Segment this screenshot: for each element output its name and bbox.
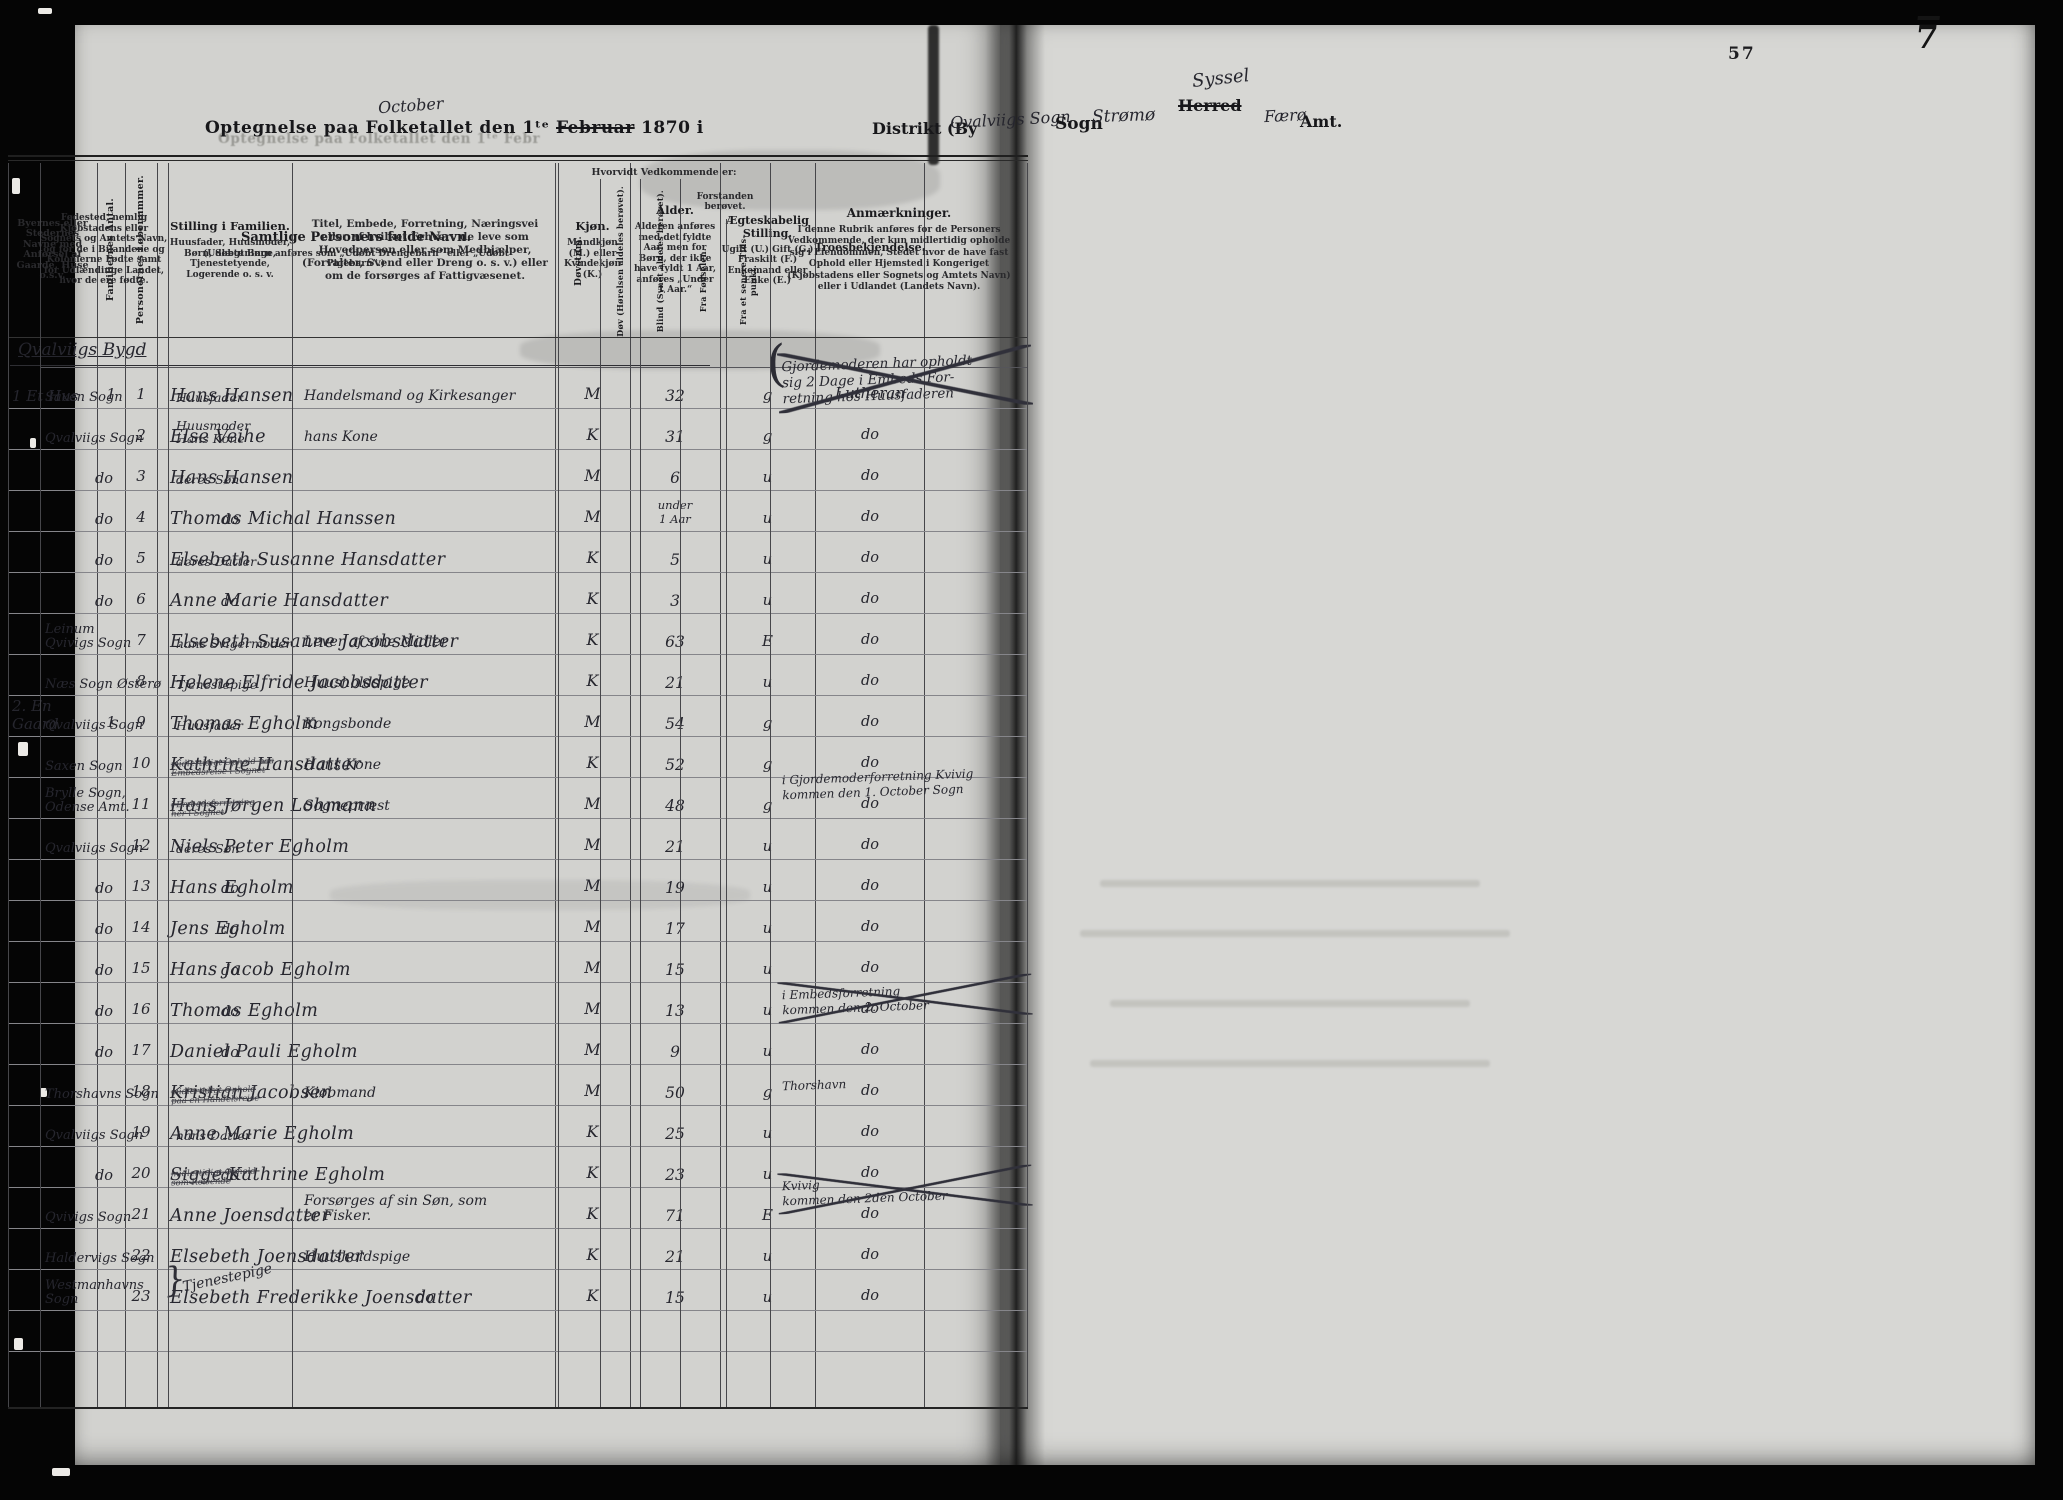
- cell-n1: [558, 1269, 600, 1310]
- cell-n1: [558, 982, 600, 1023]
- page-number: 57: [1728, 44, 1756, 64]
- cell-n4: [680, 900, 726, 941]
- cell-birth: Qvalviigs Sogn: [40, 1105, 168, 1146]
- struck-position-note: midlertidigt Ophold paa Embedsreise i So…: [171, 757, 275, 778]
- table-row: Westmanhavns Sogndo: [40, 1269, 1028, 1311]
- title-part2: 1870 i: [641, 118, 704, 138]
- col-header-blind: Blind (Synet aldeles berøvet).: [640, 185, 680, 337]
- table-grid-line: [770, 163, 771, 1407]
- cell-n2: [600, 1146, 640, 1187]
- cell-n3: [640, 982, 680, 1023]
- cell-n5: [726, 613, 768, 654]
- col-header-mind-later: Fra et senere Tids-punkt.: [726, 223, 770, 337]
- cell-pos: deres Søn: [168, 449, 292, 490]
- cell-pos: midlertidigt Ophold paa en Handelsreise: [168, 1064, 292, 1105]
- cell-n5: [726, 1269, 768, 1310]
- cell-occ: Hans Kone: [292, 736, 558, 777]
- cell-birth: Saxen Sogn: [40, 367, 168, 408]
- cell-n2: [600, 613, 640, 654]
- cell-n5: [726, 982, 768, 1023]
- cell-n1: [558, 367, 600, 408]
- cell-n5: [726, 1064, 768, 1105]
- cell-n2: [600, 941, 640, 982]
- table-grid-line: [726, 219, 727, 1407]
- cell-occ: [292, 531, 558, 572]
- corner-pencil-mark: 7: [1914, 16, 1940, 52]
- table-row: Qvalviigs Sognderes Søn: [40, 818, 1028, 860]
- amt-label: Amt.: [1300, 112, 1342, 131]
- cell-birth: do: [40, 982, 168, 1023]
- cell-occ: [292, 900, 558, 941]
- herred-label: Herred: [1178, 96, 1242, 115]
- cell-occ: Handelsmand og Kirkesanger: [292, 367, 558, 408]
- cell-rem: [768, 695, 1028, 736]
- col-header-remarks: Anmærkninger. I denne Rubrik anføres for…: [770, 163, 1028, 337]
- cell-n2: [600, 1269, 640, 1310]
- cell-birth: Qvalviigs Sogn: [40, 695, 168, 736]
- cell-pos: do: [168, 1023, 292, 1064]
- cell-n2: [600, 654, 640, 695]
- cell-n4: [680, 982, 726, 1023]
- table-row: Qvalviigs SognHuusfaderKongsbonde: [40, 695, 1028, 737]
- cell-rem: [768, 572, 1028, 613]
- cell-n4: [680, 695, 726, 736]
- cell-rem: [768, 859, 1028, 900]
- cell-n3: [640, 1310, 680, 1351]
- cell-occ: [292, 1023, 558, 1064]
- cell-n2: [600, 982, 640, 1023]
- handwritten-island: Strømø: [1092, 105, 1156, 127]
- cell-n2: [600, 367, 640, 408]
- table-grid-line: [8, 163, 9, 1407]
- table-grid-line: [680, 179, 681, 1407]
- cell-n4: [680, 1105, 726, 1146]
- cell-pos: deres Datter: [168, 531, 292, 572]
- cell-birth: Qvalviigs Sogn: [40, 408, 168, 449]
- table-row: dodo: [40, 490, 1028, 532]
- cell-n1: [558, 449, 600, 490]
- table-row: Qvalviigs Sognhans Datter: [40, 1105, 1028, 1147]
- col-header-mind-birth: Fra Fødselen.: [680, 223, 726, 337]
- cell-n1: [558, 572, 600, 613]
- cell-pos: do: [168, 900, 292, 941]
- cell-birth: do: [40, 1146, 168, 1187]
- cell-birth: do: [40, 859, 168, 900]
- cell-n2: [600, 1023, 640, 1064]
- cell-n3: [640, 1187, 680, 1228]
- cell-birth: Qvalviigs Sogn: [40, 818, 168, 859]
- cell-n2: [600, 531, 640, 572]
- cell-occ: Kongsbonde: [292, 695, 558, 736]
- cell-n5: [726, 1187, 768, 1228]
- sheet-title: Optegnelse paa Folketallet den 1ᵗᵉ Febru…: [205, 118, 704, 138]
- cell-n3: [640, 859, 680, 900]
- cell-pos: domidlertidigt Ophold som Reisende: [168, 1146, 292, 1187]
- col-header-family-position: Stilling i Familien. Huusfader, Huusmode…: [168, 163, 292, 337]
- cell-n4: [680, 1228, 726, 1269]
- bleed-line: [1090, 1060, 1490, 1067]
- page-right: [1000, 25, 2035, 1465]
- cell-pos: hans Svigermoder: [168, 613, 292, 654]
- cell-n1: [558, 1023, 600, 1064]
- cell-n5: [726, 1023, 768, 1064]
- cell-occ: [292, 1146, 558, 1187]
- cell-n4: [680, 1146, 726, 1187]
- cell-occ: Huusholdspige: [292, 1228, 558, 1269]
- col-header-condition-group: Hvorvidt Vedkommende er:: [558, 163, 770, 183]
- cell-n2: [600, 818, 640, 859]
- cell-n2: [600, 1064, 640, 1105]
- bleed-line: [1100, 880, 1480, 887]
- cell-n2: [600, 777, 640, 818]
- cell-n3: [640, 777, 680, 818]
- cell-birth: do: [40, 572, 168, 613]
- cell-birth: do: [40, 449, 168, 490]
- cell-n1: [558, 900, 600, 941]
- col-header-occupation: Titel, Embede, Forretning, Næringsvei el…: [292, 163, 558, 337]
- cell-pos: [168, 1187, 292, 1228]
- table-row: doderes Søn: [40, 449, 1028, 491]
- cell-n3: [640, 408, 680, 449]
- cell-n4: [680, 736, 726, 777]
- cell-pos: }Tjenestepige: [168, 1228, 292, 1269]
- cell-pos: [168, 1269, 292, 1310]
- cell-birth: Brylle Sogn, Odense Amt.: [40, 777, 168, 818]
- cell-n5: [726, 1105, 768, 1146]
- cell-birth: Næs Sogn Østerø: [40, 654, 168, 695]
- table-row: Qvalviigs SognHuusmoder Hans Konehans Ko…: [40, 408, 1028, 450]
- cell-birth: do: [40, 531, 168, 572]
- cell-n5: [726, 1146, 768, 1187]
- cell-occ: [292, 1310, 558, 1351]
- table-grid-line: [292, 163, 293, 1407]
- cell-n1: [558, 1228, 600, 1269]
- table-row: dodo: [40, 859, 1028, 901]
- cell-n3: [640, 1269, 680, 1310]
- cell-birth: Haldervigs Sogn: [40, 1228, 168, 1269]
- cell-n4: [680, 449, 726, 490]
- cell-pos: Huusfader: [168, 695, 292, 736]
- cell-n5: [726, 859, 768, 900]
- sheet-header: Optegnelse paa Folketallet den 1ᵗᵉ Febr …: [0, 0, 2063, 160]
- col-header-deaf: Døv (Hørelsen aldeles berøvet).: [600, 185, 640, 337]
- cell-birth: Leinum Qvivigs Sogn: [40, 613, 168, 654]
- cell-pos: do: [168, 490, 292, 531]
- cell-n4: [680, 613, 726, 654]
- cell-n2: [600, 490, 640, 531]
- cell-n1: [558, 818, 600, 859]
- cell-pos: midlertidigt Ophold paa Embedsreise i So…: [168, 736, 292, 777]
- cell-n3: [640, 367, 680, 408]
- cell-pos: Tjenestepige: [168, 654, 292, 695]
- cell-birth: do: [40, 1023, 168, 1064]
- title-struck-month: Februar: [556, 118, 635, 138]
- cell-pos: Huusmoder Hans Kone: [168, 408, 292, 449]
- cell-n4: [680, 1269, 726, 1310]
- cell-n4: [680, 818, 726, 859]
- cell-rem: [768, 1023, 1028, 1064]
- cell-rem: [768, 941, 1028, 982]
- cell-n2: [600, 1105, 640, 1146]
- table-row: Leinum Qvivigs Sognhans SvigermoderLever…: [40, 613, 1028, 655]
- cell-n1: [558, 408, 600, 449]
- cell-n1: [558, 695, 600, 736]
- cell-n3: [640, 736, 680, 777]
- cell-occ: Sognepræst: [292, 777, 558, 818]
- cell-birth: do: [40, 941, 168, 982]
- handwritten-syssel: Syssel: [1191, 65, 1250, 92]
- cell-birth: do: [40, 900, 168, 941]
- cell-rem: [768, 490, 1028, 531]
- cell-birth: [40, 1310, 168, 1351]
- cell-n2: [600, 736, 640, 777]
- cell-rem: [768, 1105, 1028, 1146]
- cell-n1: [558, 654, 600, 695]
- cell-pos: do: [168, 859, 292, 900]
- cell-rem: [768, 1228, 1028, 1269]
- cell-n3: [640, 572, 680, 613]
- cell-n5: [726, 654, 768, 695]
- cell-n3: [640, 1023, 680, 1064]
- cell-n4: [680, 859, 726, 900]
- cell-occ: [292, 1105, 558, 1146]
- cell-rem: [768, 1269, 1028, 1310]
- cell-n3: [640, 1105, 680, 1146]
- cell-occ: hans Kone: [292, 408, 558, 449]
- cell-pos: do: [168, 941, 292, 982]
- cell-n3: [640, 818, 680, 859]
- table-row: dodo: [40, 1023, 1028, 1065]
- census-scan: Optegnelse paa Folketallet den 1ᵗᵉ Febr …: [0, 0, 2063, 1500]
- cell-n3: [640, 941, 680, 982]
- cell-n5: [726, 449, 768, 490]
- cell-n3: [640, 1146, 680, 1187]
- cell-n5: [726, 777, 768, 818]
- cell-n3: [640, 613, 680, 654]
- cell-n1: [558, 1105, 600, 1146]
- cell-n4: [680, 654, 726, 695]
- cell-n4: [680, 367, 726, 408]
- cell-pos: [168, 1310, 292, 1351]
- cell-n1: [558, 859, 600, 900]
- struck-position-note: i Embedsforretning her i Sognet: [171, 799, 255, 819]
- bleed-line: [1080, 930, 1510, 937]
- cell-n3: [640, 490, 680, 531]
- table-row: Haldervigs Sogn}TjenestepigeHuusholdspig…: [40, 1228, 1028, 1270]
- cell-rem: [768, 818, 1028, 859]
- bleed-line: [1110, 1000, 1470, 1007]
- cell-occ: [292, 859, 558, 900]
- cell-n5: [726, 1228, 768, 1269]
- cell-pos: do: [168, 982, 292, 1023]
- table-grid-line: [600, 179, 601, 1407]
- cell-n5: [726, 818, 768, 859]
- cell-n1: [558, 531, 600, 572]
- cell-n4: [680, 531, 726, 572]
- cell-n1: [558, 1146, 600, 1187]
- remark-note: (Gjordemoderen har opholdt sig 2 Dage i …: [781, 351, 1029, 408]
- col-header-mind-group: Forstanden berøvet.: [680, 185, 770, 219]
- cell-n2: [600, 695, 640, 736]
- cell-n4: [680, 1023, 726, 1064]
- cell-n3: [640, 695, 680, 736]
- table-grid-line: [168, 163, 169, 1407]
- cell-n3: [640, 654, 680, 695]
- cell-n5: [726, 408, 768, 449]
- cell-occ: Kiøbmand: [292, 1064, 558, 1105]
- cell-n1: [558, 1310, 600, 1351]
- cell-birth: Westmanhavns Sogn: [40, 1269, 168, 1310]
- table-row: dodo: [40, 941, 1028, 983]
- cell-n4: [680, 1064, 726, 1105]
- cell-occ: [292, 818, 558, 859]
- cell-pos: i Embedsforretning her i Sognet: [168, 777, 292, 818]
- cell-n5: [726, 1310, 768, 1351]
- cell-n3: [640, 1064, 680, 1105]
- cell-n2: [600, 1310, 640, 1351]
- cell-birth: Thorshavns Sogn: [40, 1064, 168, 1105]
- cell-occ: [292, 982, 558, 1023]
- census-table-right: Fødested, nemlig Kjøbstadens eller Sogne…: [40, 155, 1028, 1409]
- table-row: Næs Sogn ØsterøTjenestepigeHuusholdspige: [40, 654, 1028, 696]
- table-grid-line: [1027, 163, 1028, 1407]
- cell-occ: Lever af sine Midler: [292, 613, 558, 654]
- table-row-empty: [40, 1310, 1028, 1352]
- cell-n3: [640, 1228, 680, 1269]
- cell-rem: [768, 654, 1028, 695]
- cell-n1: [558, 941, 600, 982]
- cell-n1: [558, 777, 600, 818]
- cell-rem: [768, 408, 1028, 449]
- cell-birth: Saxen Sogn: [40, 736, 168, 777]
- cell-n5: [726, 531, 768, 572]
- cell-n5: [726, 367, 768, 408]
- cell-n4: [680, 1187, 726, 1228]
- cell-n1: [558, 490, 600, 531]
- cell-n4: [680, 941, 726, 982]
- cell-occ: Huusholdspige: [292, 654, 558, 695]
- table-row: dodo: [40, 900, 1028, 942]
- cell-n2: [600, 1187, 640, 1228]
- cell-n5: [726, 941, 768, 982]
- cell-pos: hans Datter: [168, 1105, 292, 1146]
- table-row: doderes Datter: [40, 531, 1028, 573]
- cell-rem: [768, 1310, 1028, 1351]
- cell-occ: [292, 449, 558, 490]
- cell-n5: [726, 736, 768, 777]
- table-grid-line: [40, 163, 41, 1407]
- cell-n2: [600, 572, 640, 613]
- cell-occ: [292, 941, 558, 982]
- cell-n2: [600, 449, 640, 490]
- cell-n3: [640, 900, 680, 941]
- cell-occ: Forsørges af sin Søn, som er Fisker.: [292, 1187, 558, 1228]
- scan-artifact: [52, 1468, 70, 1476]
- cell-pos: Huusfader: [168, 367, 292, 408]
- cell-rem: [768, 613, 1028, 654]
- cell-occ: [292, 490, 558, 531]
- cell-n1: [558, 1187, 600, 1228]
- struck-position-note: midlertidigt Ophold paa en Handelsreise: [171, 1085, 260, 1105]
- handwritten-parish: Qvalviigs Sogn: [950, 107, 1072, 132]
- handwritten-month: October: [377, 94, 444, 118]
- col-header-birthplace: Fødested, nemlig Kjøbstadens eller Sogne…: [40, 163, 168, 337]
- cell-n1: [558, 613, 600, 654]
- cell-n2: [600, 900, 640, 941]
- cell-n4: [680, 777, 726, 818]
- cell-pos: deres Søn: [168, 818, 292, 859]
- table-grid-line: [640, 179, 641, 1407]
- cell-n4: [680, 490, 726, 531]
- cell-n3: [640, 531, 680, 572]
- cell-n2: [600, 859, 640, 900]
- cell-n5: [726, 572, 768, 613]
- table-row: dodo: [40, 572, 1028, 614]
- struck-position-note: midlertidigt Ophold som Reisende: [171, 1168, 257, 1188]
- cell-pos: do: [168, 572, 292, 613]
- cell-n1: [558, 1064, 600, 1105]
- title-part1: Optegnelse paa Folketallet den 1ᵗᵉ: [205, 118, 550, 138]
- cell-rem: [768, 900, 1028, 941]
- cell-n2: [600, 408, 640, 449]
- cell-n5: [726, 490, 768, 531]
- cell-birth: Qvivigs Sogn: [40, 1187, 168, 1228]
- cell-n4: [680, 572, 726, 613]
- cell-n2: [600, 1228, 640, 1269]
- cell-occ: [292, 572, 558, 613]
- cell-n4: [680, 1310, 726, 1351]
- cell-birth: do: [40, 490, 168, 531]
- col-header-deafmute: Døvstum.: [558, 185, 600, 337]
- cell-n4: [680, 408, 726, 449]
- cell-rem: [768, 531, 1028, 572]
- table-grid-line: [558, 163, 559, 1407]
- cell-n1: [558, 736, 600, 777]
- cell-n3: [640, 449, 680, 490]
- cell-occ: do: [292, 1269, 558, 1310]
- cell-n5: [726, 900, 768, 941]
- cell-n5: [726, 695, 768, 736]
- cell-rem: [768, 449, 1028, 490]
